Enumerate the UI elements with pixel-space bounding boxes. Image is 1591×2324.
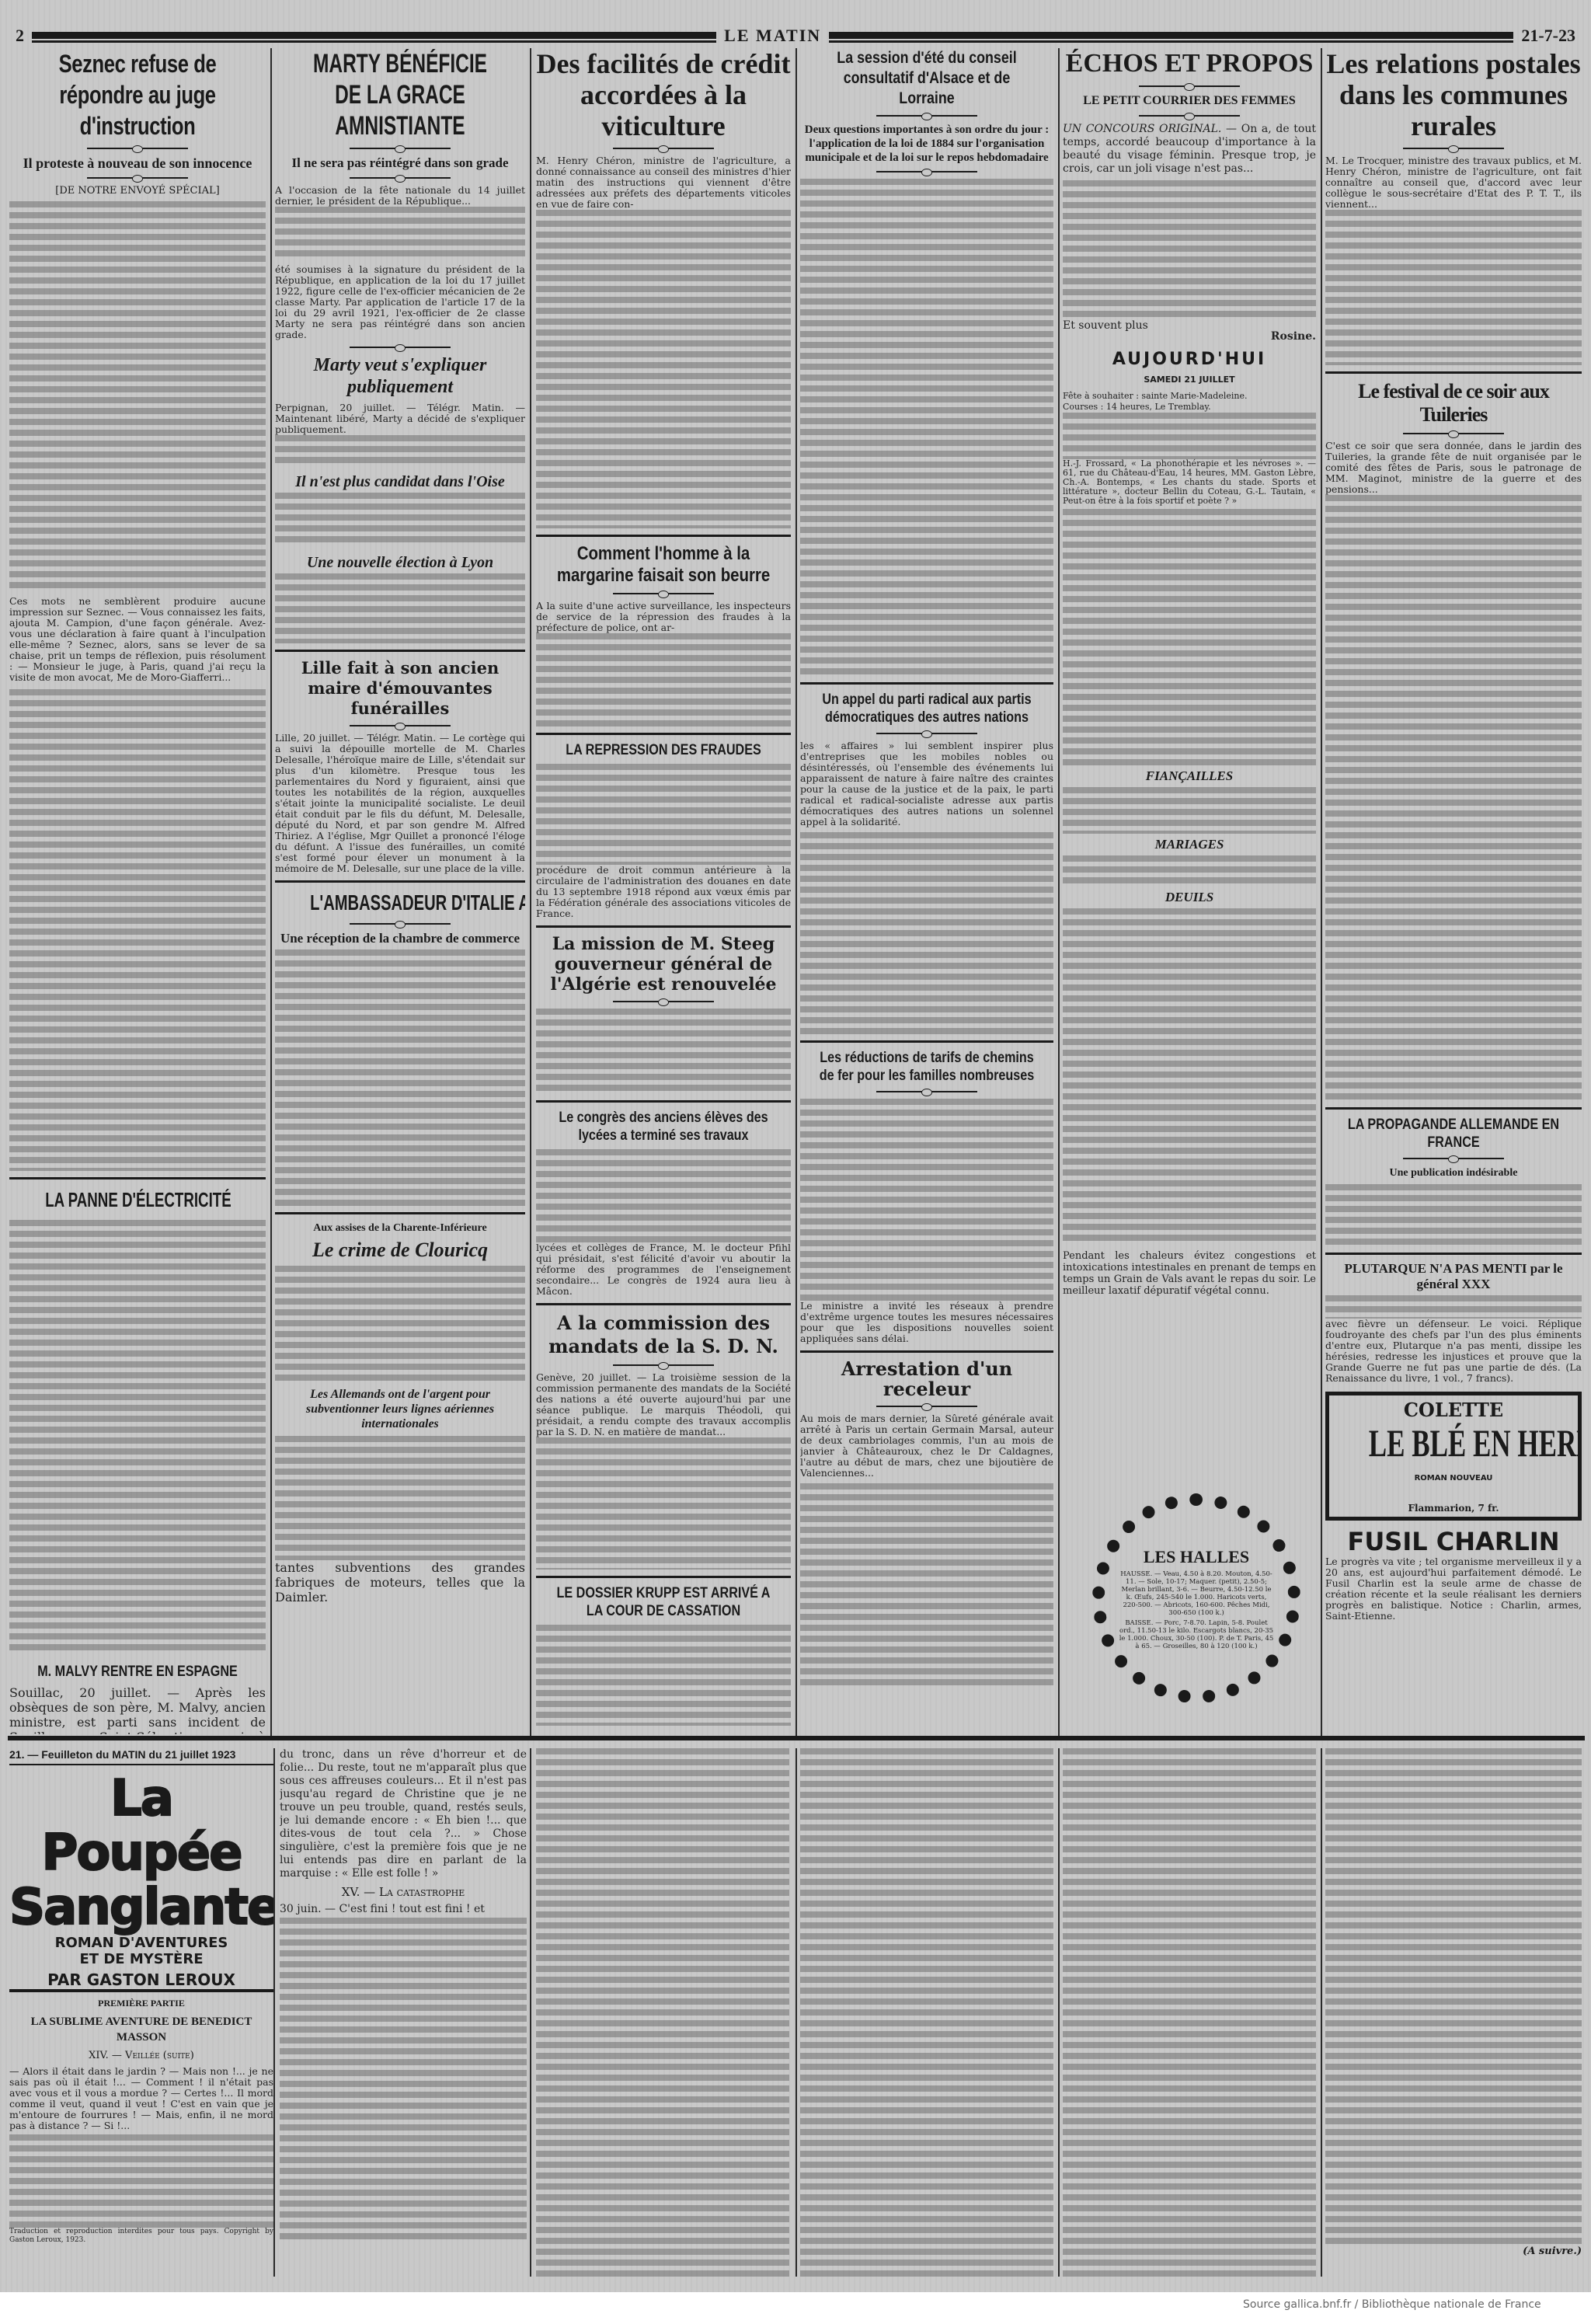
column-postales: Les relations postales dans les communes… <box>1325 48 1582 1734</box>
article-body-filler <box>9 201 266 590</box>
feuilleton-header: 21. — Feuilleton du MATIN du 21 juillet … <box>9 1748 273 1765</box>
masthead: 2 LE MATIN 21-7-23 <box>8 30 1583 42</box>
headline-plutarque: PLUTARQUE N'A PAS MENTI par le général X… <box>1325 1261 1582 1292</box>
article-body-filler <box>1325 1748 1582 2246</box>
article-body-filler <box>1063 1748 1316 2277</box>
headline-congres-lycees: Le congrès des anciens élèves des lycées… <box>555 1109 772 1145</box>
article-marty-explique: Perpignan, 20 juillet. — Télégr. Matin. … <box>275 402 525 435</box>
headline-steeg: La mission de M. Steeg gouverneur généra… <box>536 934 791 995</box>
deck-seznec: Il proteste à nouveau de son innocence <box>9 155 266 171</box>
kicker-assises: Aux assises de la Charente-Inférieure <box>275 1221 525 1236</box>
headline-panne: LA PANNE D'ÉLECTRICITÉ <box>45 1186 230 1214</box>
article-body-filler <box>536 633 791 726</box>
feuilleton-genre1: ROMAN D'AVENTURES <box>9 1935 273 1951</box>
column-alsace: La session d'été du conseil consultatif … <box>800 48 1053 1734</box>
section-rule <box>536 925 791 928</box>
conference-listing: H.-J. Frossard, « La phonothérapie et le… <box>1063 459 1316 506</box>
colette-title: LE BLÉ EN HERBE <box>1369 1421 1538 1465</box>
article-body-filler <box>9 689 266 1171</box>
headline-tuileries: Le festival de ce soir aux Tuileries <box>1325 380 1582 427</box>
ornament-rule <box>1139 115 1240 117</box>
feuilleton-column-3 <box>536 1748 789 2277</box>
feuilleton-chapter2-start: 30 juin. — C'est fini ! tout est fini ! … <box>280 1904 527 1915</box>
headline-postales: Les relations postales dans les communes… <box>1325 48 1582 141</box>
article-parti-radical: les « affaires » lui semblent inspirer p… <box>800 740 1053 828</box>
article-body-filler <box>1063 908 1316 1242</box>
article-body-filler <box>536 1437 791 1570</box>
column-seznec: Seznec refuse de répondre au juge d'inst… <box>9 48 266 1734</box>
column-divider <box>1321 1748 1322 2277</box>
ornament-rule <box>613 148 714 149</box>
colette-subtitle: ROMAN NOUVEAU <box>1332 1474 1575 1483</box>
headline-lille: Lille fait à son ancien maire d'émouvant… <box>275 658 525 719</box>
ornament-rule <box>350 923 451 925</box>
ornament-rule <box>613 1364 714 1366</box>
article-chemins-de-fer-end: Le ministre a invité les réseaux à prend… <box>800 1301 1053 1344</box>
today-date: SAMEDI 21 JUILLET <box>1063 372 1316 388</box>
headline-fusil-charlin: FUSIL CHARLIN <box>1325 1527 1582 1556</box>
column-divider <box>530 48 531 1736</box>
article-body-filler <box>275 1436 525 1560</box>
feuilleton-opening: — Alors il était dans le jardin ? — Mais… <box>9 2066 273 2131</box>
article-margarine: A la suite d'une active surveillance, le… <box>536 601 791 633</box>
article-congres-end: lycées et collèges de France, M. le doct… <box>536 1242 791 1297</box>
column-divider <box>530 1748 531 2277</box>
ad-grain-de-vals: Pendant les chaleurs évitez congestions … <box>1063 1250 1316 1297</box>
headline-fraudes: LA REPRESSION DES FRAUDES <box>555 741 772 759</box>
headline-aujourdhui: AUJOURD'HUI <box>1063 350 1316 369</box>
byline: [DE NOTRE ENVOYÉ SPÉCIAL] <box>9 185 266 197</box>
headline-clouricq: Le crime de Clouricq <box>275 1239 525 1261</box>
ornament-rule <box>350 177 451 179</box>
article-body-filler <box>275 435 525 466</box>
article-body-filler <box>800 832 1053 1034</box>
article-body-filler <box>1063 787 1316 834</box>
section-rule <box>9 1177 266 1179</box>
ad-fusil-charlin: Le progrès va vite ; tel organisme merve… <box>1325 1556 1582 1622</box>
column-marty: MARTY BÉNÉFICIE DE LA GRACE AMNISTIANTE … <box>275 48 525 1734</box>
deck-propagande: Une publication indésirable <box>1325 1165 1582 1181</box>
ornament-rule <box>350 148 451 149</box>
article-body-filler <box>800 1099 1053 1301</box>
ornament-rule <box>876 115 977 117</box>
headline-allemands: Les Allemands ont de l'argent pour subve… <box>275 1387 525 1431</box>
article-body-filler <box>536 1625 791 1726</box>
section-rule <box>536 1100 791 1103</box>
article-allemands-end: tantes subventions des grandes fabriques… <box>275 1560 525 1605</box>
column-viticulture: Des facilités de crédit accordées à la v… <box>536 48 791 1734</box>
subhead-courrier-femmes: LE PETIT COURRIER DES FEMMES <box>1063 93 1316 109</box>
section-rule <box>536 733 791 735</box>
ornament-rule <box>1139 85 1240 87</box>
feuilleton-divider <box>8 1736 1585 1740</box>
article-lead-viticulture: M. Henry Chéron, ministre de l'agricultu… <box>536 155 791 210</box>
feuilleton-header-column: 21. — Feuilleton du MATIN du 21 juillet … <box>9 1748 273 2284</box>
headline-chemins-de-fer: Les réductions de tarifs de chemins de f… <box>819 1049 1034 1085</box>
article-body-filler <box>275 949 525 1206</box>
headline-ambassadeur: L'AMBASSADEUR D'ITALIE A MARSEILLE <box>310 889 490 917</box>
article-receleur: Au mois de mars dernier, la Sûreté génér… <box>800 1413 1053 1479</box>
today-item: Fête à souhaiter : sainte Marie-Madelein… <box>1063 391 1316 402</box>
ornament-rule <box>613 1001 714 1002</box>
article-fraudes-end: procédure de droit commun antérieure à l… <box>536 865 791 919</box>
ornament-rule <box>876 733 977 734</box>
ornament-rule <box>1403 433 1504 434</box>
feuilleton-author: PAR GASTON LEROUX <box>9 1970 273 1992</box>
newspaper-name: LE MATIN <box>716 26 829 46</box>
article-body-filler <box>536 1009 791 1094</box>
ornament-rule <box>1403 1158 1504 1159</box>
headline-seznec: Seznec refuse de répondre au juge d'inst… <box>35 48 240 141</box>
article-body-filler <box>275 1266 525 1382</box>
masthead-rule <box>829 32 1513 40</box>
column-divider <box>795 48 797 1736</box>
colette-ad: COLETTE LE BLÉ EN HERBE ROMAN NOUVEAU Fl… <box>1325 1392 1582 1521</box>
newspaper-page: 2 LE MATIN 21-7-23 Seznec refuse de répo… <box>0 0 1591 2292</box>
deck-marty: Il ne sera pas réintégré dans son grade <box>275 155 525 171</box>
article-body-filler <box>800 1483 1053 1685</box>
ornament-rule <box>613 593 714 594</box>
article-body-filler <box>1325 1184 1582 1246</box>
section-rule <box>275 650 525 652</box>
lead-caps: UN CONCOURS ORIGINAL. <box>1063 123 1221 135</box>
article-body-filler <box>536 764 791 865</box>
section-rule <box>1325 1107 1582 1110</box>
headline-viticulture: Des facilités de crédit accordées à la v… <box>536 48 791 141</box>
subhead-marty-explique: Marty veut s'expliquer publiquement <box>275 354 525 398</box>
article-body-filler <box>536 1748 789 2277</box>
halles-title: LES HALLES <box>1144 1547 1249 1567</box>
today-item: Courses : 14 heures, Le Tremblay. <box>1063 402 1316 413</box>
signature-rosine: Rosine. <box>1063 331 1316 342</box>
page-number: 2 <box>8 26 32 46</box>
article-body-filler <box>1325 495 1582 1101</box>
article-body-filler <box>9 2134 273 2228</box>
column-divider <box>273 1748 275 2277</box>
feuilleton-chapter-2: XV. — La catastrophe <box>280 1885 527 1899</box>
headline-parti-radical: Un appel du parti radical aux partis dém… <box>819 691 1034 726</box>
section-rule <box>1325 1253 1582 1255</box>
feuilleton-col2-text: du tronc, dans un rêve d'horreur et de f… <box>280 1748 527 1880</box>
section-rule <box>275 880 525 883</box>
article-body-filler <box>1063 180 1316 320</box>
halles-baisse: BAISSE. — Porc, 7-8.70. Lapin, 5-8. Poul… <box>1119 1619 1274 1650</box>
colette-author: COLETTE <box>1332 1399 1575 1421</box>
article-plutarque-end: avec fièvre un défenseur. Le voici. Répl… <box>1325 1319 1582 1384</box>
headline-marty: MARTY BÉNÉFICIE DE LA GRACE AMNISTIANTE <box>310 48 490 141</box>
headline-deuils: DEUILS <box>1063 890 1316 905</box>
article-body-filler <box>280 1918 527 2244</box>
issue-date: 21-7-23 <box>1513 26 1583 46</box>
section-rule <box>800 1350 1053 1353</box>
article-sdn: Genève, 20 juillet. — La troisième sessi… <box>536 1372 791 1437</box>
article-malvy: Souillac, 20 juillet. — Après les obsèqu… <box>9 1685 266 1734</box>
ornament-rule <box>876 1091 977 1092</box>
feuilleton-title-line1: La Poupée <box>9 1772 273 1880</box>
deck-ambassadeur: Une réception de la chambre de commerce <box>275 931 525 946</box>
headline-krupp: LE DOSSIER KRUPP EST ARRIVÉ A LA COUR DE… <box>555 1584 772 1620</box>
article-body-filler <box>1063 509 1316 765</box>
subhead-oise: Il n'est plus candidat dans l'Oise <box>275 471 525 493</box>
article-body-filler <box>536 210 791 528</box>
headline-alsace: La session d'été du conseil consultatif … <box>819 48 1034 109</box>
ornament-rule <box>876 1406 977 1407</box>
feuilleton-title-line2: Sanglante <box>9 1880 273 1935</box>
column-divider <box>1058 48 1060 1736</box>
masthead-rule <box>32 32 716 40</box>
article-body-filler <box>275 573 525 643</box>
article-lead-marty: A l'occasion de la fête nationale du 14 … <box>275 185 525 207</box>
feuilleton-genre2: ET DE MYSTÈRE <box>9 1951 273 1967</box>
deck-alsace: Deux questions importantes à son ordre d… <box>800 123 1053 165</box>
section-rule <box>536 1576 791 1578</box>
article-excerpt-seznec: Ces mots ne semblèrent produire aucune i… <box>9 596 266 683</box>
article-body-filler <box>1063 413 1316 459</box>
headline-malvy: M. MALVY RENTRE EN ESPAGNE <box>29 1663 247 1681</box>
les-halles-box: LES HALLES HAUSSE. — Veau, 4.50 à 8.20. … <box>1092 1493 1300 1703</box>
column-divider <box>795 1748 797 2277</box>
ornament-rule <box>87 177 188 179</box>
feuilleton-copyright: Traduction et reproduction interdites po… <box>9 2228 273 2245</box>
feuilleton-part-title: LA SUBLIME AVENTURE DE BENEDICT MASSON <box>9 2014 273 2045</box>
feuilleton-chapter: XIV. — Veillée (suite) <box>9 2050 273 2061</box>
section-rule <box>275 1212 525 1214</box>
article-body-filler <box>800 179 1053 676</box>
colette-publisher: Flammarion, 7 fr. <box>1332 1503 1575 1514</box>
column-divider <box>270 48 272 1736</box>
source-credit: Source gallica.bnf.fr / Bibliothèque nat… <box>1243 2298 1541 2311</box>
headline-receleur: Arrestation d'un receleur <box>800 1359 1053 1399</box>
section-rule <box>800 1040 1053 1043</box>
article-body-filler <box>1063 855 1316 887</box>
feuilleton-column-5 <box>1063 1748 1316 2277</box>
feuilleton-column-2: du tronc, dans un rêve d'horreur et de f… <box>280 1748 527 2277</box>
headline-fiancailles: FIANÇAILLES <box>1063 768 1316 784</box>
headline-echos: ÉCHOS ET PROPOS <box>1063 48 1316 79</box>
article-tuileries: C'est ce soir que sera donnée, dans le j… <box>1325 441 1582 495</box>
section-rule <box>536 535 791 537</box>
feuilleton-column-4 <box>800 1748 1053 2277</box>
headline-mariages: MARIAGES <box>1063 837 1316 852</box>
column-divider <box>1321 48 1322 1736</box>
to-be-continued: (A suivre.) <box>1325 2246 1582 2257</box>
headline-margarine: Comment l'homme à la margarine faisait s… <box>555 543 772 587</box>
signoff-line: Et souvent plus <box>1063 320 1316 331</box>
feuilleton-column-6: (A suivre.) <box>1325 1748 1582 2277</box>
ornament-rule <box>876 171 977 172</box>
article-body-filler <box>800 1748 1053 2277</box>
halles-hausse: HAUSSE. — Veau, 4.50 à 8.20. Mouton, 4.5… <box>1119 1570 1274 1617</box>
article-body-filler <box>275 207 525 261</box>
article-body-filler <box>1325 1295 1582 1319</box>
section-rule <box>800 682 1053 685</box>
subhead-lyon: Une nouvelle élection à Lyon <box>275 552 525 573</box>
article-lille: Lille, 20 juillet. — Télégr. Matin. — Le… <box>275 733 525 874</box>
ornament-rule <box>350 347 451 348</box>
feuilleton-part: PREMIÈRE PARTIE <box>9 1995 273 2011</box>
headline-propagande: LA PROPAGANDE ALLEMANDE EN FRANCE <box>1345 1116 1563 1152</box>
article-body-filler <box>1325 210 1582 365</box>
ornament-rule <box>350 725 451 726</box>
article-body-filler <box>9 1220 266 1655</box>
section-rule <box>536 1303 791 1305</box>
headline-sdn: A la commission des mandats de la S. D. … <box>536 1312 791 1358</box>
ornament-rule <box>87 148 188 149</box>
column-divider <box>1058 1748 1060 2277</box>
section-rule <box>1325 371 1582 374</box>
article-excerpt-marty: été soumises à la signature du président… <box>275 264 525 340</box>
ornament-rule <box>1403 148 1504 149</box>
column-echos: ÉCHOS ET PROPOS LE PETIT COURRIER DES FE… <box>1063 48 1316 1734</box>
article-lead-postales: M. Le Trocquer, ministre des travaux pub… <box>1325 155 1582 210</box>
article-body-filler <box>275 493 525 547</box>
article-body-filler <box>536 1149 791 1242</box>
